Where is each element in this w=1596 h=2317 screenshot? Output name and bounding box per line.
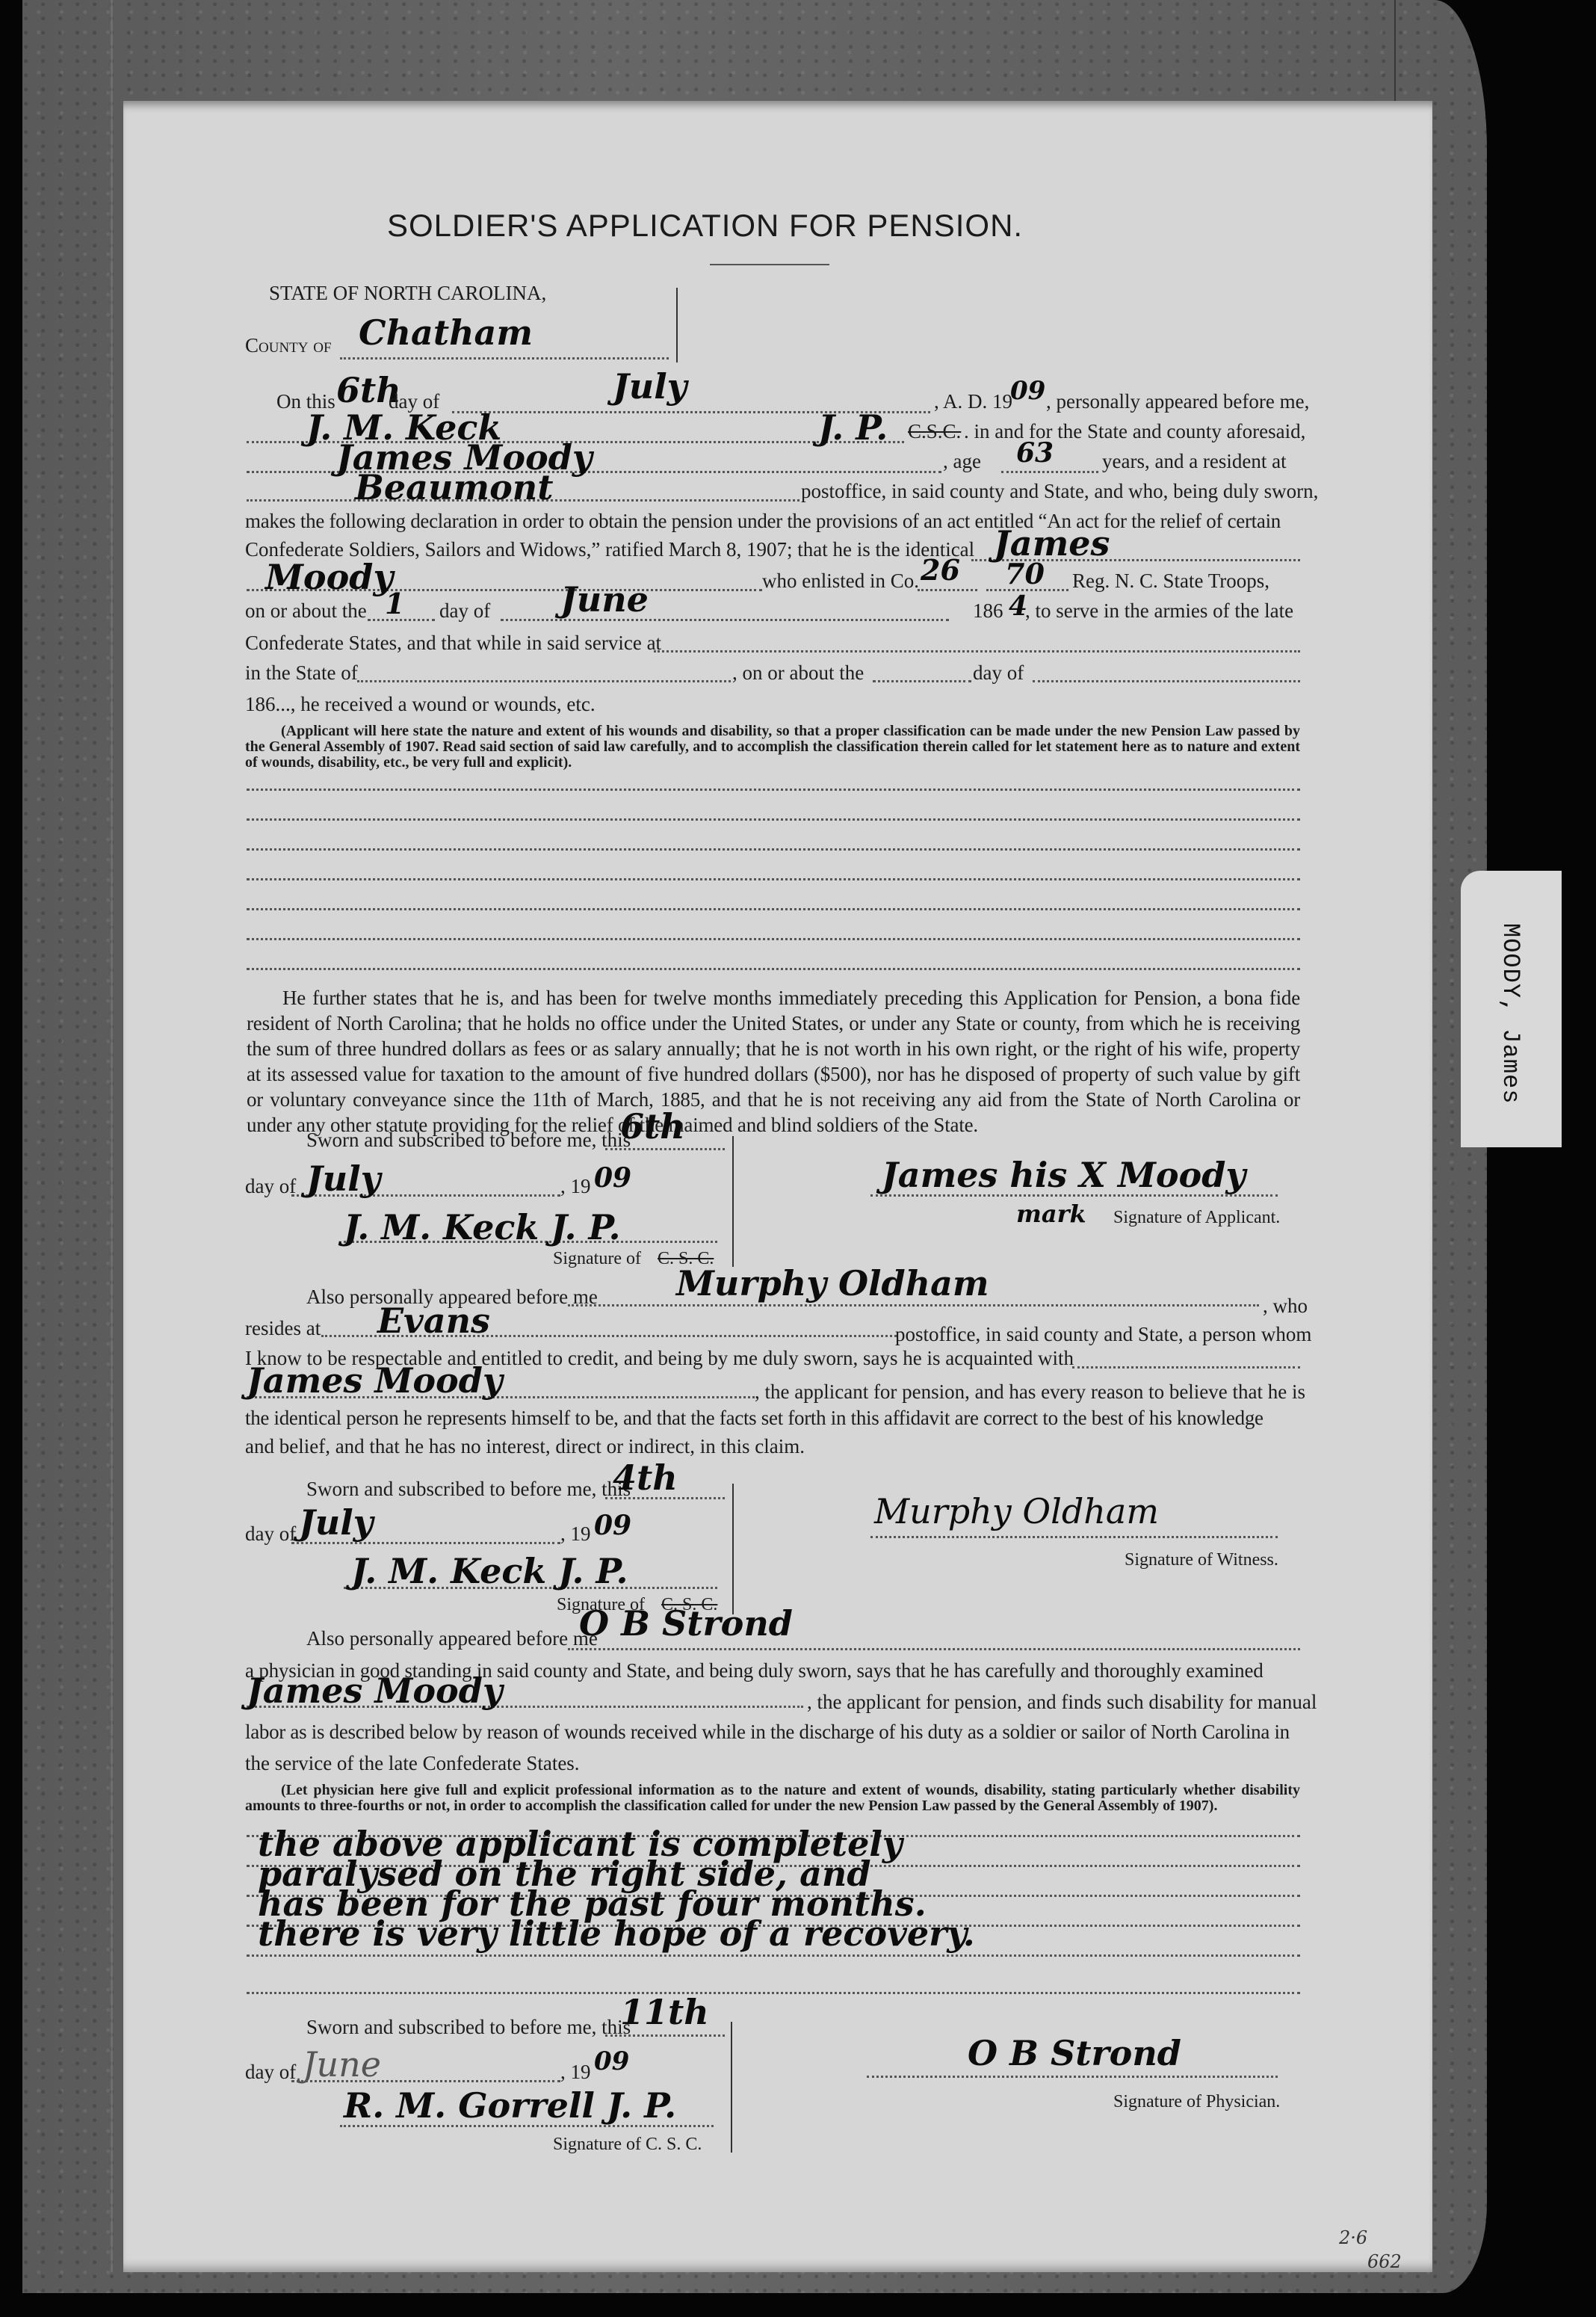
county-label: County of [245,333,332,358]
regiment-value[interactable]: 70 [1005,557,1045,590]
officer-title-struck: C.S.C. [908,419,961,444]
state-of-label: in the State of [245,660,358,685]
company-field-line [918,589,977,591]
age-field-line [1001,471,1098,473]
applicant-sworn-month-value[interactable]: July [306,1158,380,1199]
witness-signature[interactable]: Murphy Oldham [874,1491,1159,1531]
serve-label: , to serve in the armies of the late [1025,598,1293,623]
physician-statement-line[interactable] [247,1992,1300,1994]
applicant-mark-label: mark [1016,1200,1086,1228]
enlist-year-prefix: 186 [973,598,1003,623]
form-title: SOLDIER'S APPLICATION FOR PENSION. [387,208,1023,244]
further-states-paragraph: He further states that he is, and has be… [247,985,1300,1138]
physician-sworn-month-value[interactable]: June [303,2044,381,2085]
county-field-line [340,357,669,360]
physician-officer-sig-label: Signature of C. S. C. [553,2132,702,2157]
declaration-line-1: makes the following declaration in order… [245,508,1281,534]
applicant-sworn-year-value[interactable]: 09 [594,1162,631,1194]
witness-sworn-month-value[interactable]: July [299,1502,373,1543]
witness-line-4: , the applicant for pension, and has eve… [755,1379,1305,1404]
physician-line-4: labor as is described below by reason of… [245,1719,1290,1744]
wound-statement-line[interactable] [247,848,1300,851]
caption-bracket [676,288,678,362]
physician-sworn-label: Sworn and subscribed to before me, this [306,2014,631,2040]
identical-value-2[interactable]: Moody [265,557,393,597]
witness-sworn-year-value[interactable]: 09 [594,1510,631,1541]
physician-sworn-day-value[interactable]: 11th [620,1992,709,2032]
wound-day-of-label: day of [973,660,1024,685]
physician-sworn-day-line [605,2034,725,2037]
applicant-sig-label: Signature of Applicant. [1113,1205,1280,1230]
witness-year-prefix: , 19 [560,1521,591,1546]
wound-statement-line[interactable] [247,818,1300,821]
acquainted-line [1072,1366,1300,1369]
resides-label: resides at [245,1315,321,1341]
physician-name-value[interactable]: O B Strond [579,1603,793,1644]
physician-line-3: , the applicant for pension, and finds s… [807,1689,1317,1715]
folder-tab-label: MOODY, James [1497,923,1524,1104]
physician-signature[interactable]: O B Strond [968,2033,1181,2073]
age-value[interactable]: 63 [1016,437,1054,469]
witness-sworn-label: Sworn and subscribed to before me, this [306,1476,631,1502]
physician-also-label: Also personally appeared before me [306,1626,598,1651]
officer-title-value[interactable]: J. P. [818,407,888,448]
physician-oath-bracket [731,2022,732,2153]
acquainted-value[interactable]: James Moody [247,1360,503,1401]
witness-line-6: and belief, and that he has no interest,… [245,1434,805,1459]
physician-statement-line-4[interactable]: there is very little hope of a recovery. [258,1913,975,1954]
state-label: STATE OF NORTH CAROLINA, [269,280,546,306]
physician-statement-line[interactable] [247,1955,1300,1957]
title-rule [710,264,829,265]
postoffice-label: postoffice, in said county and State, an… [801,478,1318,504]
ad-label: , A. D. 19 [934,389,1012,414]
applicant-sworn-day-value[interactable]: 6th [620,1106,685,1147]
archival-note-1: 2·6 [1339,2227,1367,2248]
witness-name-line [568,1304,1259,1306]
physician-name-line [568,1648,1300,1650]
physician-day-of-label: day of [245,2059,296,2085]
about-label: on or about the [245,598,367,623]
wound-line: 186..., he received a wound or wounds, e… [245,691,596,717]
witness-name-value[interactable]: Murphy Oldham [676,1263,989,1303]
physician-year-prefix: , 19 [560,2059,591,2085]
applicant-year-prefix: , 19 [560,1173,591,1199]
years-label: years, and a resident at [1102,448,1287,474]
county-value[interactable]: Chatham [359,312,533,353]
wound-statement-line[interactable] [247,908,1300,910]
physician-sworn-year-value[interactable]: 09 [594,2046,629,2076]
examined-value[interactable]: James Moody [247,1670,503,1711]
folder-crease [111,0,113,2272]
wound-day-field-line [873,680,971,682]
folder-tab: MOODY, James [1461,871,1562,1147]
physician-instructions-note: (Let physician here give full and explic… [245,1783,1300,1814]
applicant-officer-sig-label: Signature of [553,1246,641,1271]
service-line: Confederate States, and that while in sa… [245,630,661,655]
witness-line-5: the identical person he represents himse… [245,1405,1263,1431]
wound-state-field-line [357,680,731,682]
wound-statement-line[interactable] [247,878,1300,880]
enlist-month-value[interactable]: June [560,579,649,620]
enlist-day-value[interactable]: 1 [385,587,404,620]
service-place-field-line [654,650,1300,652]
wound-statement-line[interactable] [247,789,1300,791]
wound-statement-line[interactable] [247,938,1300,940]
witness-who-label: , who [1263,1293,1308,1318]
opening-year-value[interactable]: 09 [1010,376,1045,406]
age-label: , age [943,448,981,474]
enlisted-label: who enlisted in Co. [762,568,919,593]
witness-sworn-day-value[interactable]: 4th [613,1457,678,1498]
postoffice-value[interactable]: Beaumont [355,467,553,507]
physician-officer-signature[interactable]: R. M. Gorrell J. P. [344,2085,676,2126]
company-value[interactable]: 26 [921,553,960,587]
witness-sig-line [870,1536,1278,1538]
witness-sig-label: Signature of Witness. [1125,1547,1278,1573]
enlist-day-of-label: day of [439,598,490,623]
applicant-day-of-label: day of [245,1173,296,1199]
witness-officer-signature[interactable]: J. M. Keck J. P. [351,1551,628,1591]
applicant-oath-bracket [732,1136,734,1267]
physician-sig-label: Signature of Physician. [1113,2089,1280,2114]
witness-oath-bracket [732,1484,734,1614]
applicant-instructions-note: (Applicant will here state the nature an… [245,724,1300,771]
physician-sig-line [867,2076,1278,2078]
applicant-officer-signature[interactable]: J. M. Keck J. P. [344,1207,621,1247]
physician-line-5: the service of the late Confederate Stat… [245,1750,580,1776]
wound-statement-line[interactable] [247,968,1300,970]
in-for-label: . in and for the State and county afores… [964,419,1305,444]
appeared-label: , personally appeared before me, [1046,389,1309,414]
wound-month-field-line [1033,680,1300,682]
regiment-label: Reg. N. C. State Troops, [1072,568,1269,593]
opening-month-value[interactable]: July [613,366,687,407]
witness-day-of-label: day of [245,1521,296,1546]
archival-note-2: 662 [1367,2251,1402,2272]
applicant-sworn-label: Sworn and subscribed to before me, this [306,1127,631,1153]
resides-value[interactable]: Evans [377,1301,490,1341]
applicant-signature[interactable]: James his X Moody [882,1155,1246,1195]
applicant-sworn-day-line [605,1148,725,1150]
on-about-label: , on or about the [732,660,864,685]
resides-rest-label: postoffice, in said county and State, a … [895,1321,1311,1347]
